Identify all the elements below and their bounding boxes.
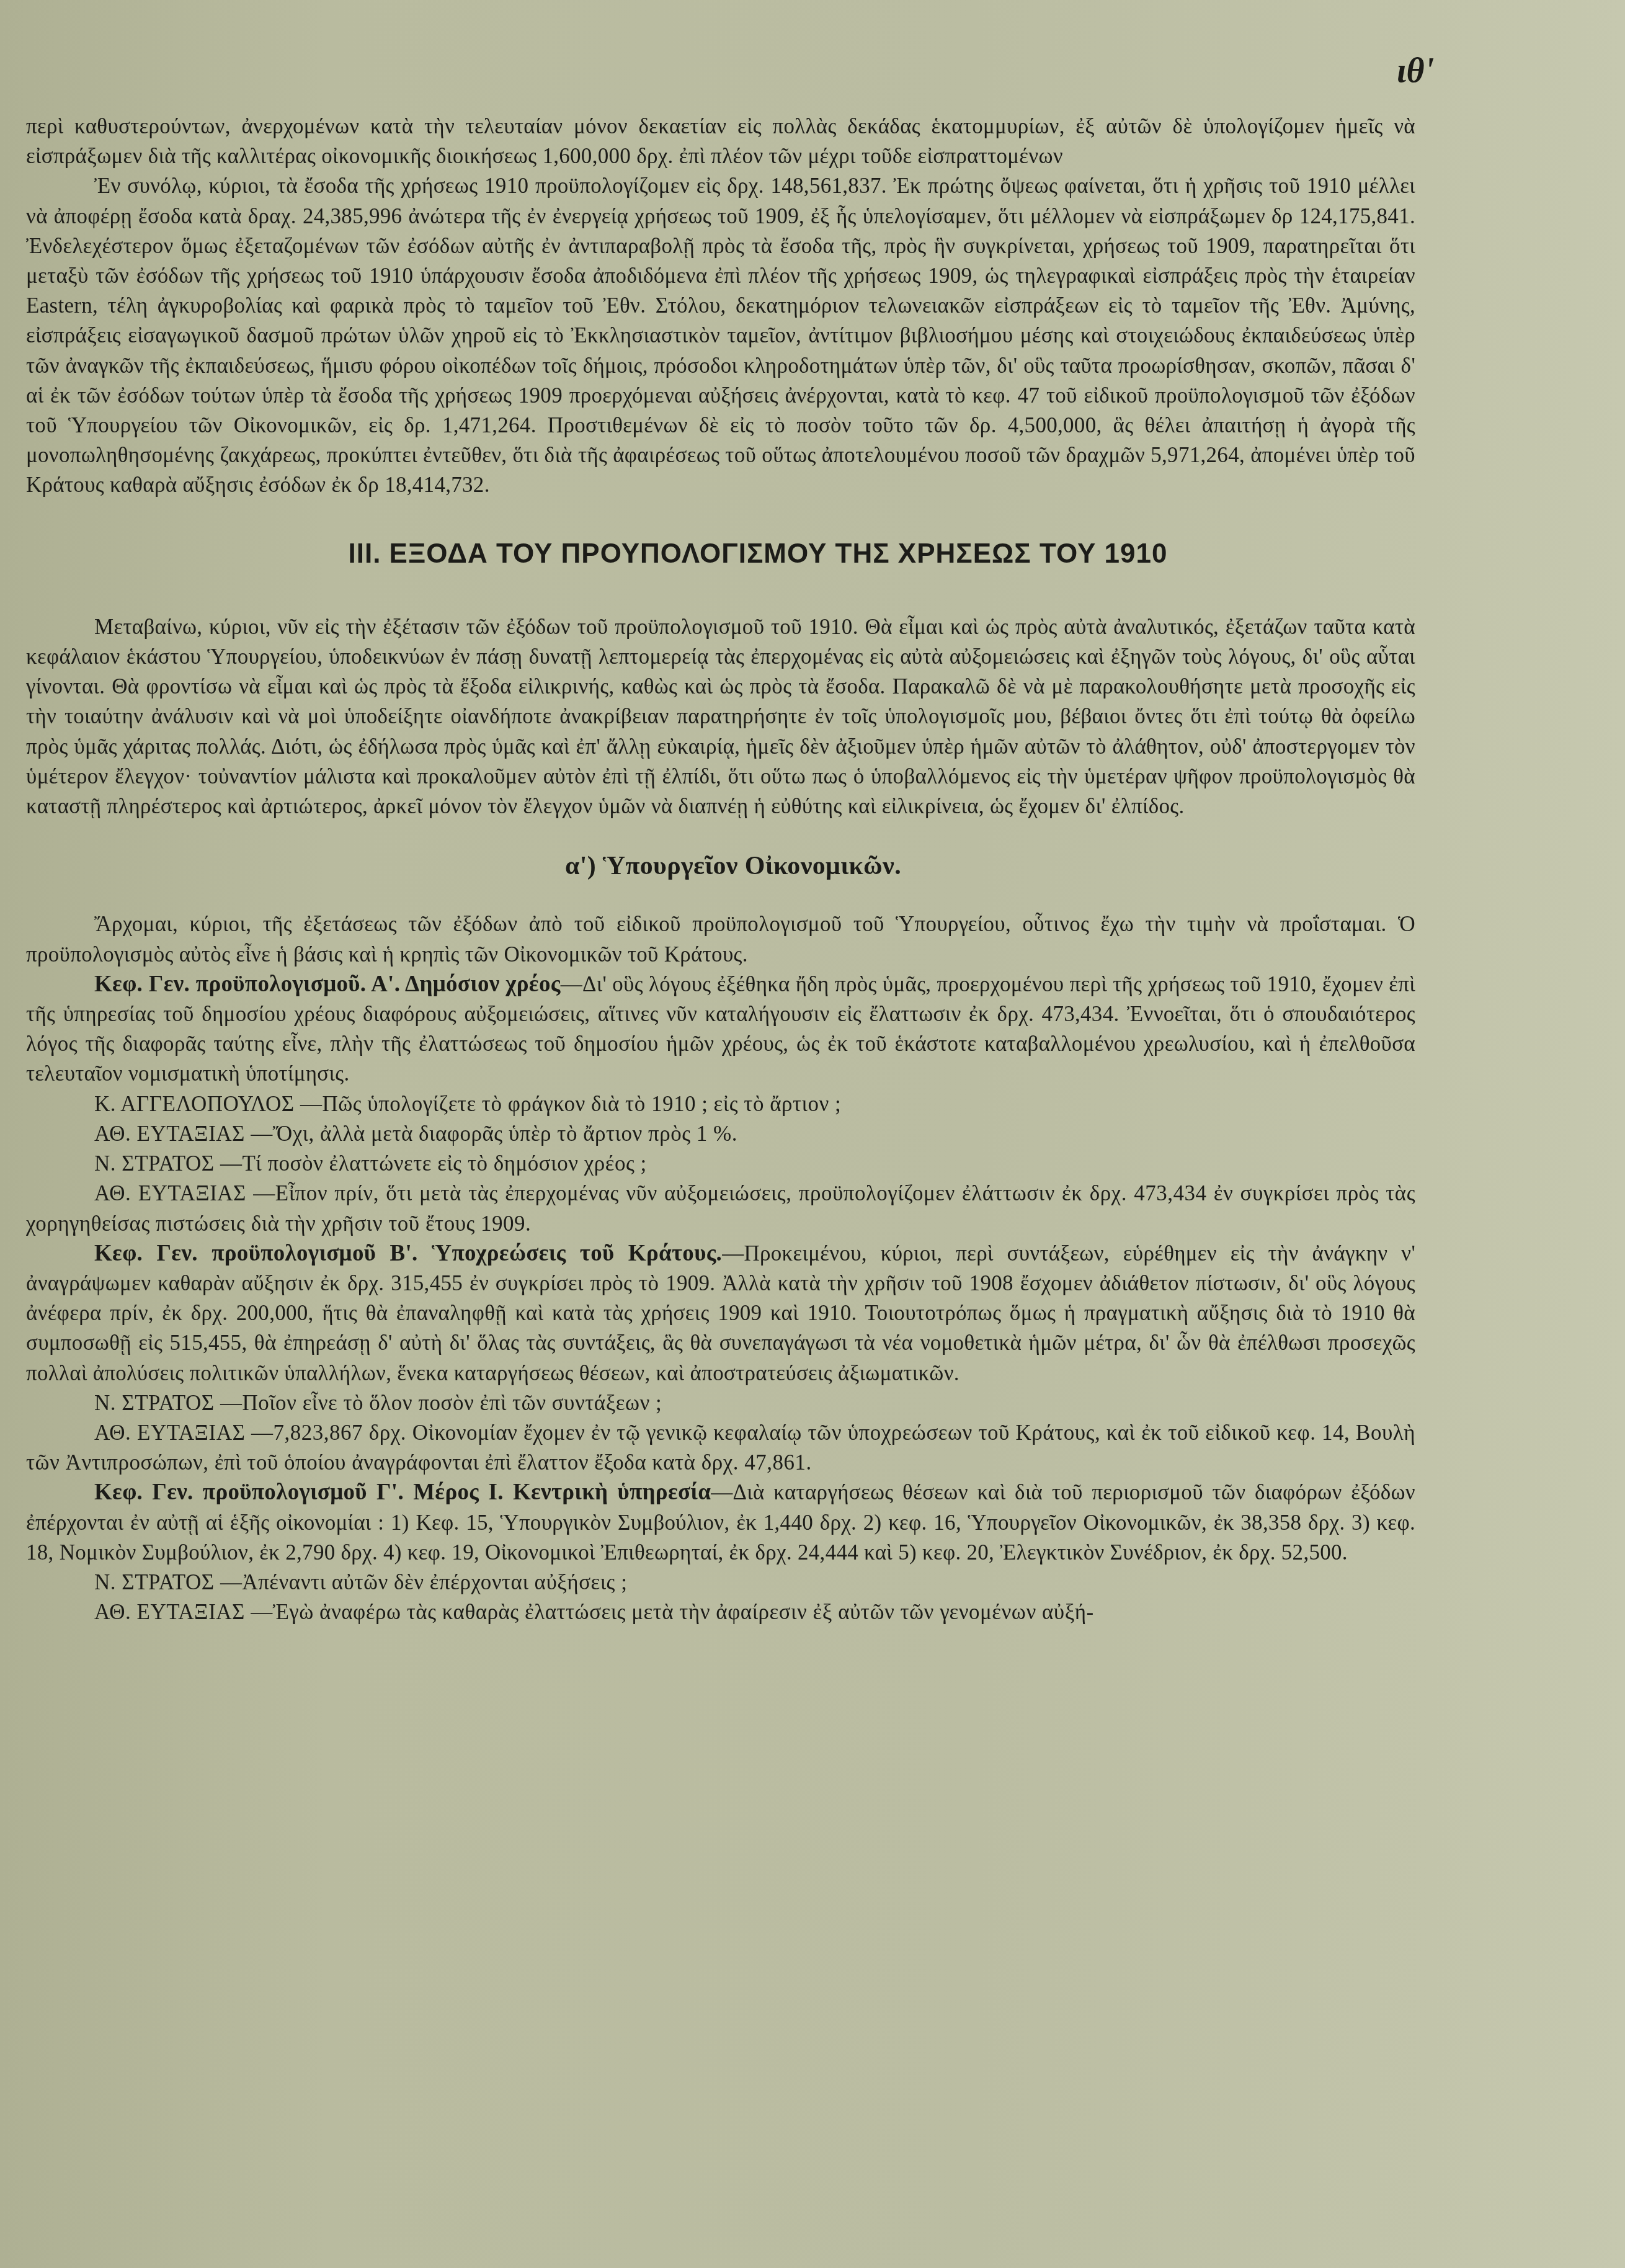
section-title: III. ΕΞΟΔΑ ΤΟΥ ΠΡΟΥΠΟΛΟΓΙΣΜΟΥ ΤΗΣ ΧΡΗΣΕΩ… xyxy=(26,539,1415,569)
entry-lead: Κεφ. Γεν. προϋπολογισμοῦ Β'. Ὑποχρεώσεις… xyxy=(94,1241,722,1266)
entry-state-obligations: Κεφ. Γεν. προϋπολογισμοῦ Β'. Ὑποχρεώσεις… xyxy=(26,1239,1415,1388)
entry-lead: Κεφ. Γεν. προϋπολογισμοῦ. Α'. Δημόσιον χ… xyxy=(94,971,561,997)
entry-central-service: Κεφ. Γεν. προϋπολογισμοῦ Γ'. Μέρος Ι. Κε… xyxy=(26,1478,1415,1568)
speaker-name: Ν. ΣΤΡΑΤΟΣ xyxy=(94,1570,215,1594)
subsection-title: α') Ὑπουργεῖον Οἰκονομικῶν. xyxy=(26,851,1415,881)
entry-lead: Κεφ. Γεν. προϋπολογισμοῦ Γ'. Μέρος Ι. Κε… xyxy=(94,1480,711,1505)
dialogue-line: Ν. ΣΤΡΑΤΟΣ —Ποῖον εἶνε τὸ ὅλον ποσὸν ἐπὶ… xyxy=(26,1388,1415,1418)
document-body: περὶ καθυστερούντων, ἀνερχομένων κατὰ τὴ… xyxy=(26,112,1415,1627)
dialogue-line: ΑΘ. ΕΥΤΑΞΙΑΣ —Ἐγὼ ἀναφέρω τὰς καθαρὰς ἐλ… xyxy=(26,1597,1415,1627)
speaker-name: ΑΘ. ΕΥΤΑΞΙΑΣ xyxy=(94,1421,245,1445)
speaker-text: —Ποῖον εἶνε τὸ ὅλον ποσὸν ἐπὶ τῶν συντάξ… xyxy=(220,1391,662,1415)
speaker-text: —Ἀπέναντι αὐτῶν δὲν ἐπέρχονται αὐξήσεις … xyxy=(220,1570,628,1594)
speaker-name: ΑΘ. ΕΥΤΑΞΙΑΣ xyxy=(94,1122,245,1146)
speaker-name: Ν. ΣΤΡΑΤΟΣ xyxy=(94,1391,215,1415)
dialogue-line: Ν. ΣΤΡΑΤΟΣ —Ἀπέναντι αὐτῶν δὲν ἐπέρχοντα… xyxy=(26,1568,1415,1597)
speaker-text: —Ὄχι, ἀλλὰ μετὰ διαφορᾶς ὑπὲρ τὸ ἄρτιον … xyxy=(251,1122,737,1146)
dialogue-line: ΑΘ. ΕΥΤΑΞΙΑΣ —Ὄχι, ἀλλὰ μετὰ διαφορᾶς ὑπ… xyxy=(26,1119,1415,1149)
speaker-text: —Τί ποσὸν ἐλαττώνετε εἰς τὸ δημόσιον χρέ… xyxy=(220,1151,647,1176)
dialogue-line: Ν. ΣΤΡΑΤΟΣ —Τί ποσὸν ἐλαττώνετε εἰς τὸ δ… xyxy=(26,1149,1415,1179)
paragraph-continuation: περὶ καθυστερούντων, ἀνερχομένων κατὰ τὴ… xyxy=(26,112,1415,171)
dialogue-line: ΑΘ. ΕΥΤΑΞΙΑΣ —7,823,867 δρχ. Οἰκονομίαν … xyxy=(26,1418,1415,1478)
paragraph-ministry-intro: Ἄρχομαι, κύριοι, τῆς ἐξετάσεως τῶν ἐξόδω… xyxy=(26,909,1415,969)
dialogue-line: Κ. ΑΓΓΕΛΟΠΟΥΛΟΣ —Πῶς ὑπολογίζετε τὸ φράγ… xyxy=(26,1089,1415,1119)
speaker-name: ΑΘ. ΕΥΤΑΞΙΑΣ xyxy=(94,1600,245,1624)
paragraph-revenue-summary: Ἐν συνόλῳ, κύριοι, τὰ ἔσοδα τῆς χρήσεως … xyxy=(26,171,1415,500)
speaker-name: Ν. ΣΤΡΑΤΟΣ xyxy=(94,1151,215,1176)
page-number: ιθ' xyxy=(1397,51,1434,91)
dialogue-line: ΑΘ. ΕΥΤΑΞΙΑΣ —Εἶπον πρίν, ὅτι μετὰ τὰς ἐ… xyxy=(26,1179,1415,1238)
speaker-name: ΑΘ. ΕΥΤΑΞΙΑΣ xyxy=(94,1181,246,1205)
speaker-text: —Πῶς ὑπολογίζετε τὸ φράγκον διὰ τὸ 1910 … xyxy=(300,1092,841,1116)
entry-public-debt: Κεφ. Γεν. προϋπολογισμοῦ. Α'. Δημόσιον χ… xyxy=(26,970,1415,1089)
speaker-name: Κ. ΑΓΓΕΛΟΠΟΥΛΟΣ xyxy=(94,1092,295,1116)
paragraph-expenses-intro: Μεταβαίνω, κύριοι, νῦν εἰς τὴν ἐξέτασιν … xyxy=(26,612,1415,821)
speaker-text: —Ἐγὼ ἀναφέρω τὰς καθαρὰς ἐλαττώσεις μετὰ… xyxy=(251,1600,1094,1624)
